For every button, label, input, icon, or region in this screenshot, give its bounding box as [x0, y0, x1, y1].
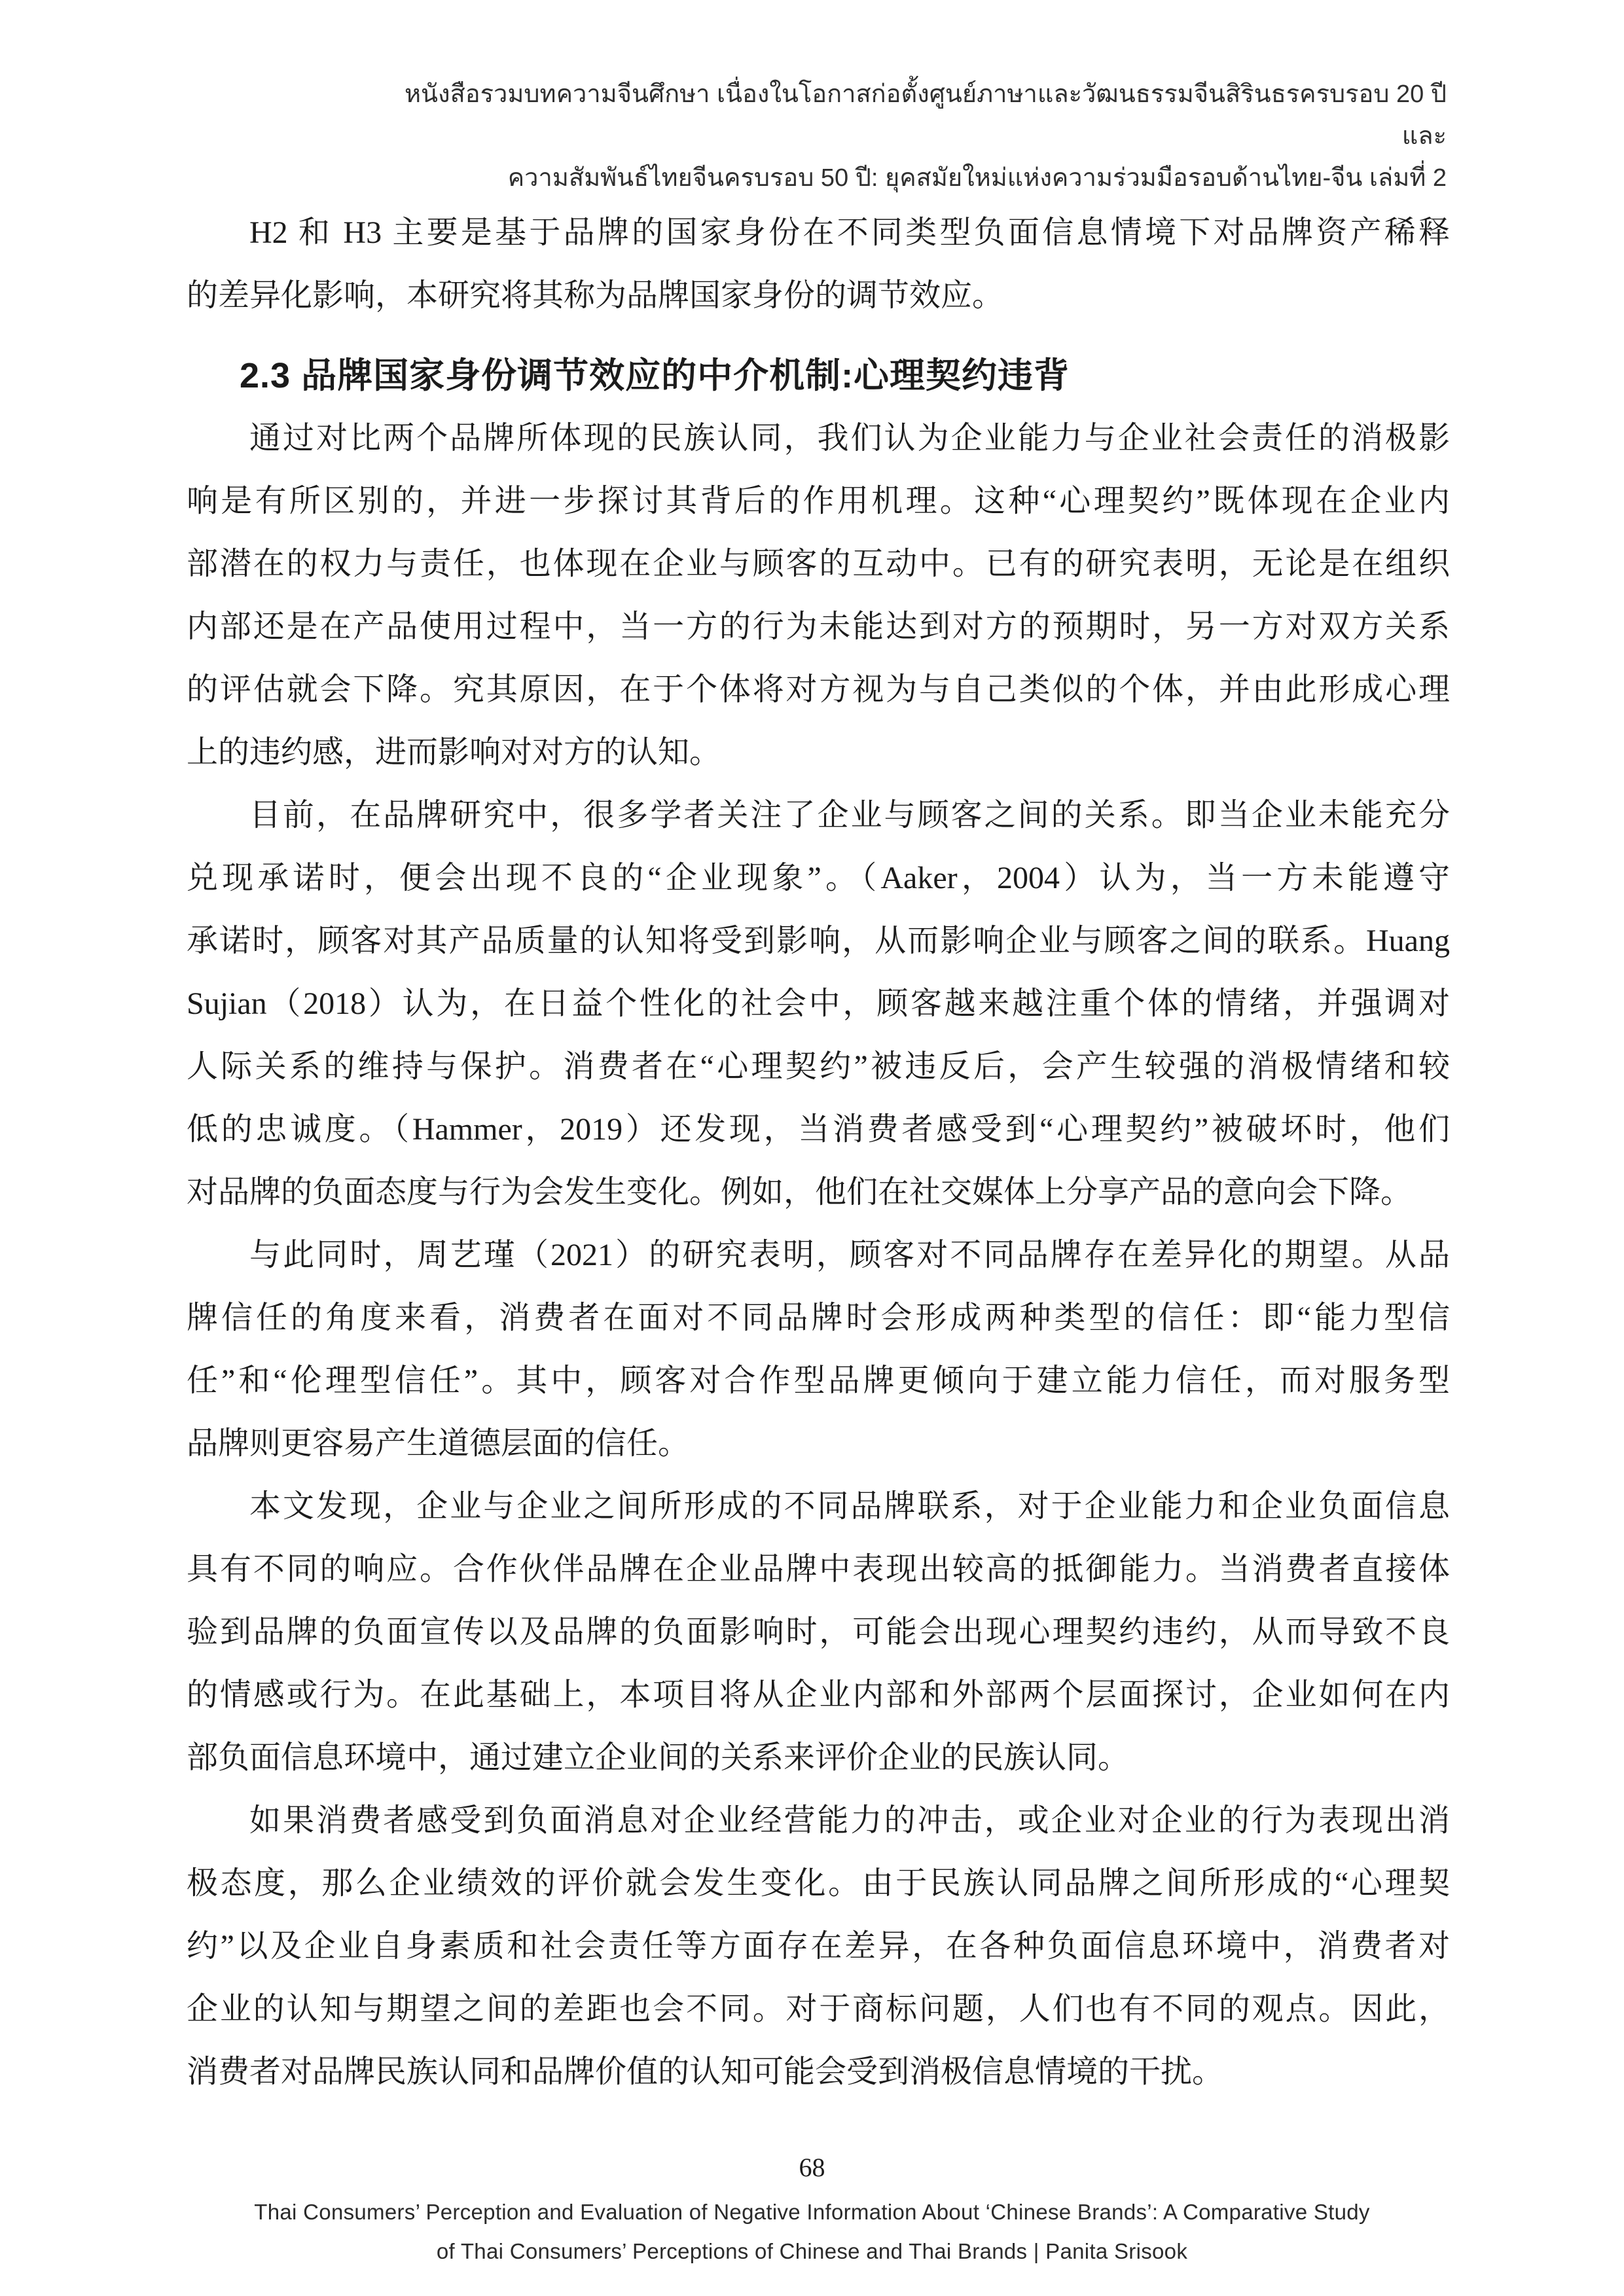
text-line: Sujian（2018）认为，在日益个性化的社会中，顾客越来越注重个体的情绪，并…: [187, 973, 1450, 1035]
text-line: 部负面信息环境中，通过建立企业间的关系来评价企业的民族认同。: [187, 1727, 1450, 1789]
text-line: 的评估就会下降。究其原因，在于个体将对方视为与自己类似的个体，并由此形成心理: [187, 658, 1450, 721]
text-line: 任”和“伦理型信任”。其中，顾客对合作型品牌更倾向于建立能力信任，而对服务型: [187, 1350, 1450, 1412]
running-header: หนังสือรวมบทความจีนศึกษา เนื่องในโอกาสก่…: [399, 73, 1447, 199]
text-line: 目前，在品牌研究中，很多学者关注了企业与顾客之间的关系。即当企业未能充分: [187, 784, 1450, 847]
text-line: 的情感或行为。在此基础上，本项目将从企业内部和外部两个层面探讨，企业如何在内: [187, 1664, 1450, 1727]
paragraph: 目前，在品牌研究中，很多学者关注了企业与顾客之间的关系。即当企业未能充分 兑现承…: [187, 784, 1450, 1224]
paragraph: 如果消费者感受到负面消息对企业经营能力的冲击，或企业对企业的行为表现出消 极态度…: [187, 1789, 1450, 2104]
text-line: 本文发现，企业与企业之间所形成的不同品牌联系，对于企业能力和企业负面信息: [187, 1475, 1450, 1538]
footer-title-line-2: of Thai Consumers’ Perceptions of Chines…: [0, 2232, 1624, 2271]
document-page: หนังสือรวมบทความจีนศึกษา เนื่องในโอกาสก่…: [0, 0, 1624, 2296]
text-line: 上的违约感，进而影响对对方的认知。: [187, 721, 1450, 784]
footer-title-line-1: Thai Consumers’ Perception and Evaluatio…: [0, 2193, 1624, 2232]
text-line: 极态度，那么企业绩效的评价就会发生变化。由于民族认同品牌之间所形成的“心理契: [187, 1852, 1450, 1915]
text-line: 部潜在的权力与责任，也体现在企业与顾客的互动中。已有的研究表明，无论是在组织: [187, 533, 1450, 596]
text-line: 与此同时，周艺瑾（2021）的研究表明，顾客对不同品牌存在差异化的期望。从品: [187, 1224, 1450, 1287]
paragraph: H2 和 H3 主要是基于品牌的国家身份在不同类型负面信息情境下对品牌资产稀释 …: [187, 202, 1450, 327]
text-line: 低的忠诚度。（Hammer，2019）还发现，当消费者感受到“心理契约”被破坏时…: [187, 1098, 1450, 1161]
text-line: 承诺时，顾客对其产品质量的认知将受到影响，从而影响企业与顾客之间的联系。Huan…: [187, 910, 1450, 973]
paragraph: 通过对比两个品牌所体现的民族认同，我们认为企业能力与企业社会责任的消极影 响是有…: [187, 407, 1450, 784]
header-line-1: หนังสือรวมบทความจีนศึกษา เนื่องในโอกาสก่…: [399, 73, 1447, 157]
section-heading: 2.3 品牌国家身份调节效应的中介机制:心理契约违背: [187, 344, 1450, 407]
text-line: H2 和 H3 主要是基于品牌的国家身份在不同类型负面信息情境下对品牌资产稀释: [187, 202, 1450, 264]
text-line: 内部还是在产品使用过程中，当一方的行为未能达到对方的预期时，另一方对双方关系: [187, 596, 1450, 658]
text-line: 对品牌的负面态度与行为会发生变化。例如，他们在社交媒体上分享产品的意向会下降。: [187, 1161, 1450, 1224]
text-line: 消费者对品牌民族认同和品牌价值的认知可能会受到消极信息情境的干扰。: [187, 2041, 1450, 2104]
text-line: 验到品牌的负面宣传以及品牌的负面影响时，可能会出现心理契约违约，从而导致不良: [187, 1601, 1450, 1664]
text-line: 通过对比两个品牌所体现的民族认同，我们认为企业能力与企业社会责任的消极影: [187, 407, 1450, 470]
text-line: 品牌则更容易产生道德层面的信任。: [187, 1412, 1450, 1475]
text-line: 兑现承诺时，便会出现不良的“企业现象”。（Aaker，2004）认为，当一方未能…: [187, 847, 1450, 910]
text-line: 人际关系的维持与保护。消费者在“心理契约”被违反后，会产生较强的消极情绪和较: [187, 1035, 1450, 1098]
text-line: 牌信任的角度来看，消费者在面对不同品牌时会形成两种类型的信任：即“能力型信: [187, 1287, 1450, 1350]
footer: Thai Consumers’ Perception and Evaluatio…: [0, 2193, 1624, 2271]
body-text: H2 和 H3 主要是基于品牌的国家身份在不同类型负面信息情境下对品牌资产稀释 …: [187, 202, 1450, 2104]
paragraph: 本文发现，企业与企业之间所形成的不同品牌联系，对于企业能力和企业负面信息 具有不…: [187, 1475, 1450, 1789]
text-line: 响是有所区别的，并进一步探讨其背后的作用机理。这种“心理契约”既体现在企业内: [187, 470, 1450, 533]
text-line: 企业的认知与期望之间的差距也会不同。对于商标问题，人们也有不同的观点。因此，: [187, 1978, 1450, 2041]
text-line: 具有不同的响应。合作伙伴品牌在企业品牌中表现出较高的抵御能力。当消费者直接体: [187, 1538, 1450, 1601]
text-line: 如果消费者感受到负面消息对企业经营能力的冲击，或企业对企业的行为表现出消: [187, 1789, 1450, 1852]
header-line-2: ความสัมพันธ์ไทยจีนครบรอบ 50 ปี: ยุคสมัยใ…: [399, 157, 1447, 199]
paragraph: 与此同时，周艺瑾（2021）的研究表明，顾客对不同品牌存在差异化的期望。从品 牌…: [187, 1224, 1450, 1475]
text-line: 的差异化影响，本研究将其称为品牌国家身份的调节效应。: [187, 264, 1450, 327]
text-line: 约”以及企业自身素质和社会责任等方面存在差异，在各种负面信息环境中，消费者对: [187, 1915, 1450, 1978]
page-number: 68: [0, 2152, 1624, 2183]
